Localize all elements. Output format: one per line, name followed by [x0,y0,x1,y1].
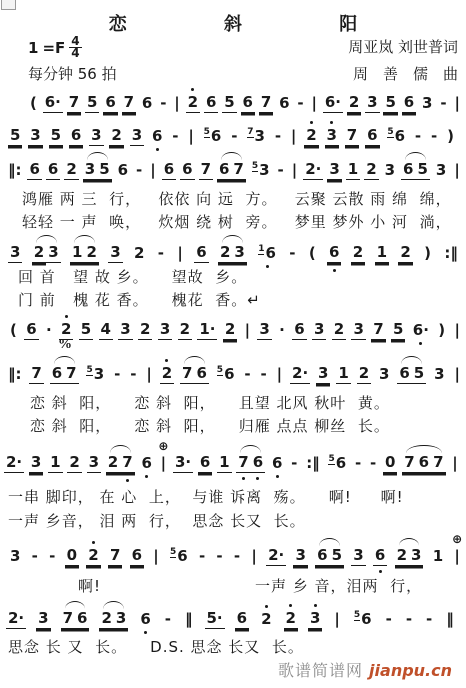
lyric-line-verse2-row1: 轻轻 一 声 唤， 炊烟 绕 树 旁。 梦里 梦外 小 河 淌， [22,211,452,232]
broken-image-icon [1,0,16,10]
lyric-line-echo: 一声 乡 音，泪两 行， [255,575,422,596]
lyric-line-bridge-row2: 一声 乡音， 泪 两 行， 思念 长又 长。 [8,510,306,531]
sheet-music-page: 恋 斜 阳 1=F 4 4 每分钟 56 拍 周亚岚 刘世普词 周 善 儒 曲 … [0,0,466,688]
key-letter: =F [42,39,65,57]
lyric-line-chorus-row1: 恋 斜 阳， 恋 斜 阳， 且望 北风 秋叶 黄。 [30,392,390,413]
music-line-2: 53563236-|56-73-|237656--) [8,126,456,146]
music-line-8: 3--0276|56---|2·36536231|⊕ [8,546,462,566]
segno-icon: % [58,337,72,353]
lyric-line-ah: 啊! [78,575,101,596]
key-signature: 1=F 4 4 [28,36,82,59]
lyric-line-final: 思念 长 又 长。 D.S. 思念 长又 长。 [8,636,304,657]
time-bottom: 4 [69,48,81,59]
music-line-7: 2·3123276|⊕3·61766-:‖56--0767| [4,453,460,473]
music-line-5-interlude: (6·25432321·2|3·6323756·)| [8,320,462,340]
music-line-6: ‖:76753--|27656--|2·3123653| [6,364,462,384]
tempo-marking: 每分钟 56 拍 [28,63,117,84]
watermark: 歌谱简谱网 jianpu.cn [278,658,452,681]
composer-credit: 周 善 儒 曲 [353,63,458,84]
lyric-line-verse2-row2: 门 前 槐 花 香。 槐花 香。↵ [18,289,261,310]
lyric-line-verse1-row1: 鸿雁 两 三 行， 依依 向 远 方。 云聚 云散 雨 绵 绵， [22,188,452,209]
music-line-3: ‖:662356-|6676753-|2·3123653| [6,160,462,180]
watermark-domain: jianpu.cn [369,661,452,680]
lyricist-credit: 周亚岚 刘世普词 [348,36,458,57]
key-numeral: 1 [28,39,38,57]
song-title: 恋 斜 阳 [0,10,466,36]
music-line-9: 2·376236-‖5·6223|56---‖ [6,609,456,629]
lyric-line-verse1-row2: 回 首 望 故 乡。 望故 乡。 [18,266,247,287]
lyric-line-chorus-row2: 恋 斜 阳， 恋 斜 阳， 归雁 点点 柳丝 长。 [30,415,390,436]
time-signature: 4 4 [69,36,81,59]
music-line-4: 3231232-|62316-(6212):‖ [8,243,460,263]
lyric-line-bridge-row1: 一串 脚印， 在 心 上， 与谁 诉离 殇。 啊! 啊! [8,486,404,507]
watermark-site-name: 歌谱简谱网 [278,661,363,680]
music-line-1: (6·75676-|265676-|6·23563-| [28,93,462,113]
